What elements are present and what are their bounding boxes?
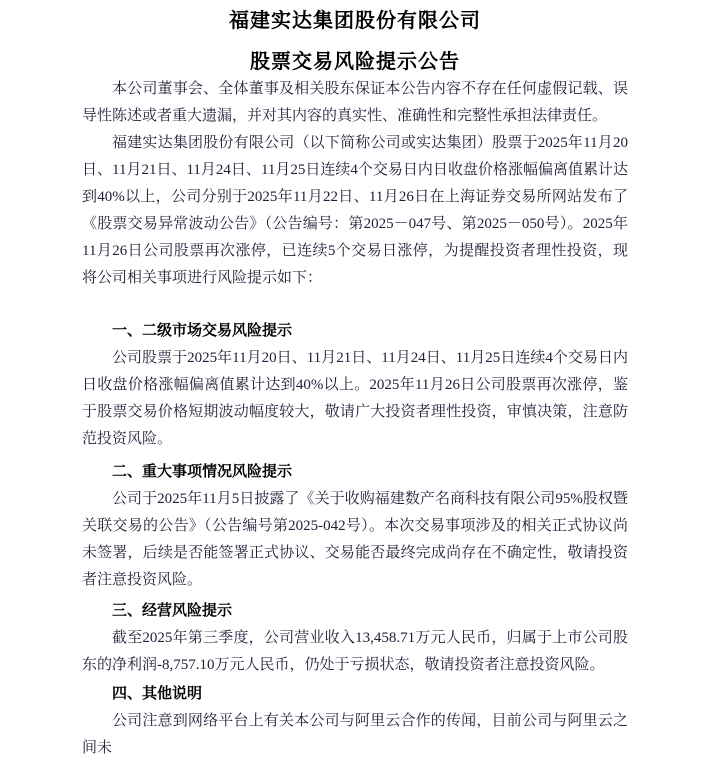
announcement-document: 福建实达集团股份有限公司 股票交易风险提示公告 本公司董事会、全体董事及相关股东… [0, 0, 706, 780]
section-2-heading: 二、重大事项情况风险提示 [82, 459, 628, 486]
intro-paragraph: 福建实达集团股份有限公司（以下简称公司或实达集团）股票于2025年11月20日、… [82, 130, 628, 292]
board-disclaimer-paragraph: 本公司董事会、全体董事及相关股东保证本公告内容不存在任何虚假记载、误导性陈述或者… [82, 76, 628, 130]
company-name-title: 福建实达集团股份有限公司 [82, 8, 628, 35]
announcement-title: 股票交易风险提示公告 [82, 49, 628, 76]
section-1-heading: 一、二级市场交易风险提示 [82, 318, 628, 345]
section-1-body: 公司股票于2025年11月20日、11月21日、11月24日、11月25日连续4… [82, 345, 628, 453]
section-4-heading: 四、其他说明 [82, 681, 628, 708]
section-3-body: 截至2025年第三季度，公司营业收入13,458.71万元人民币，归属于上市公司… [82, 625, 628, 679]
section-4-body: 公司注意到网络平台上有关本公司与阿里云合作的传闻，目前公司与阿里云之间未 [82, 708, 628, 762]
section-3-heading: 三、经营风险提示 [82, 598, 628, 625]
section-2-body: 公司于2025年11月5日披露了《关于收购福建数产名商科技有限公司95%股权暨关… [82, 486, 628, 594]
